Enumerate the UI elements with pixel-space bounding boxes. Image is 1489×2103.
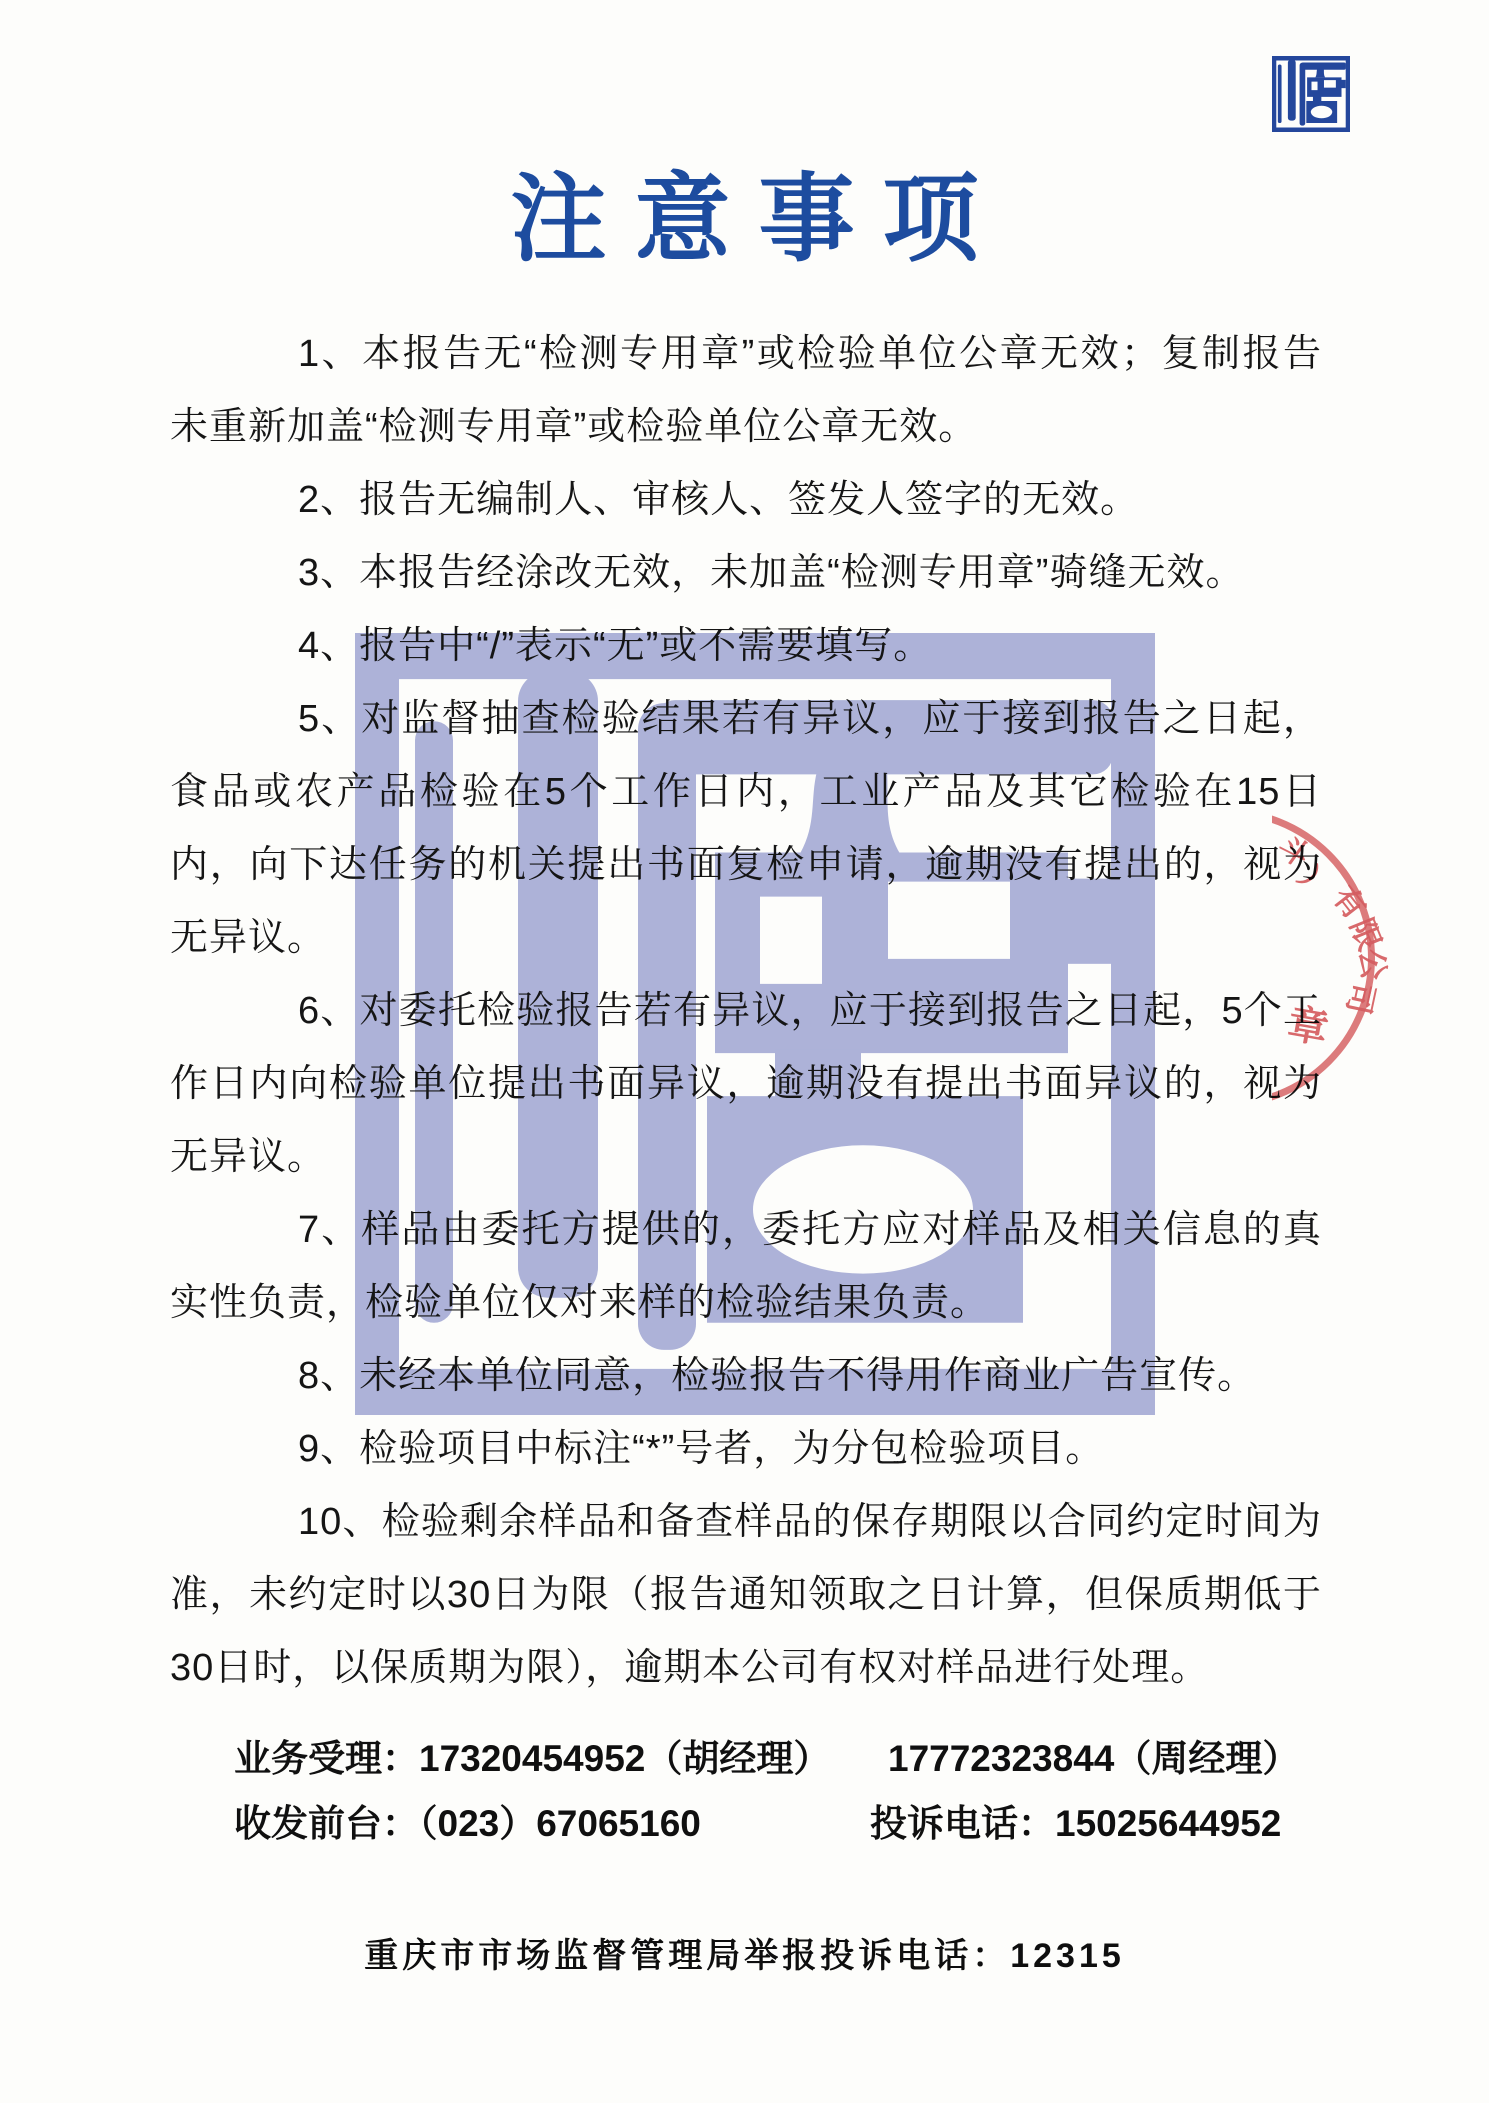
note-paragraph-8: 8、未经本单位同意，检验报告不得用作商业广告宣传。 [170,1340,1322,1413]
note-paragraph-6: 6、对委托检验报告若有异议，应于接到报告之日起，5个工作日内向检验单位提出书面异… [170,975,1322,1194]
contact-row-1: 业务受理：17320454952（胡经理） 17772323844（周经理） [234,1736,1414,1782]
notes-list: 1、本报告无“检测专用章”或检验单位公章无效；复制报告未重新加盖“检测专用章”或… [170,318,1322,1705]
notice-page: 注意事项 1、本报告无“检测专用章”或检验单位公章无效；复制报告未重新加盖“检测… [0,0,1489,2103]
note-paragraph-1: 1、本报告无“检测专用章”或检验单位公章无效；复制报告未重新加盖“检测专用章”或… [170,318,1322,464]
note-paragraph-7: 7、样品由委托方提供的，委托方应对样品及相关信息的真实性负责，检验单位仅对来样的… [170,1194,1322,1340]
stamp-arc-char-4: 限 [1345,914,1385,954]
note-paragraph-9: 9、检验项目中标注“*”号者，为分包检验项目。 [170,1413,1322,1486]
regulator-hotline: 重庆市市场监督管理局举报投诉电话：12315 [0,1936,1489,1976]
stamp-arc-char-5: 公 [1355,947,1389,981]
note-paragraph-10: 10、检验剩余样品和备查样品的保存期限以合同约定时间为准，未约定时以30日为限（… [170,1486,1322,1705]
contact-complaint-line: 投诉电话：15025644952 [870,1801,1281,1847]
stamp-arc-char-6: 司 [1342,980,1379,1017]
seal-icon [1272,54,1350,134]
contact-business-line-2: 17772323844（周经理） [888,1736,1299,1782]
contact-business-line: 业务受理：17320454952（胡经理） [234,1736,830,1782]
note-paragraph-2: 2、报告无编制人、审核人、签发人签字的无效。 [170,464,1322,537]
note-paragraph-4: 4、报告中“/”表示“无”或不需要填写。 [170,610,1322,683]
company-seal-logo [1272,54,1350,134]
note-paragraph-5: 5、对监督抽查检验结果若有异议，应于接到报告之日起，食品或农产品检验在5个工作日… [170,683,1322,975]
note-paragraph-3: 3、本报告经涂改无效，未加盖“检测专用章”骑缝无效。 [170,537,1322,610]
page-title: 注意事项 [0,170,1489,271]
stamp-arc-char-3: 有 [1328,881,1372,925]
contact-row-2: 收发前台：（023）67065160 投诉电话：15025644952 [234,1801,1414,1847]
contact-frontdesk-line: 收发前台：（023）67065160 [234,1801,701,1847]
